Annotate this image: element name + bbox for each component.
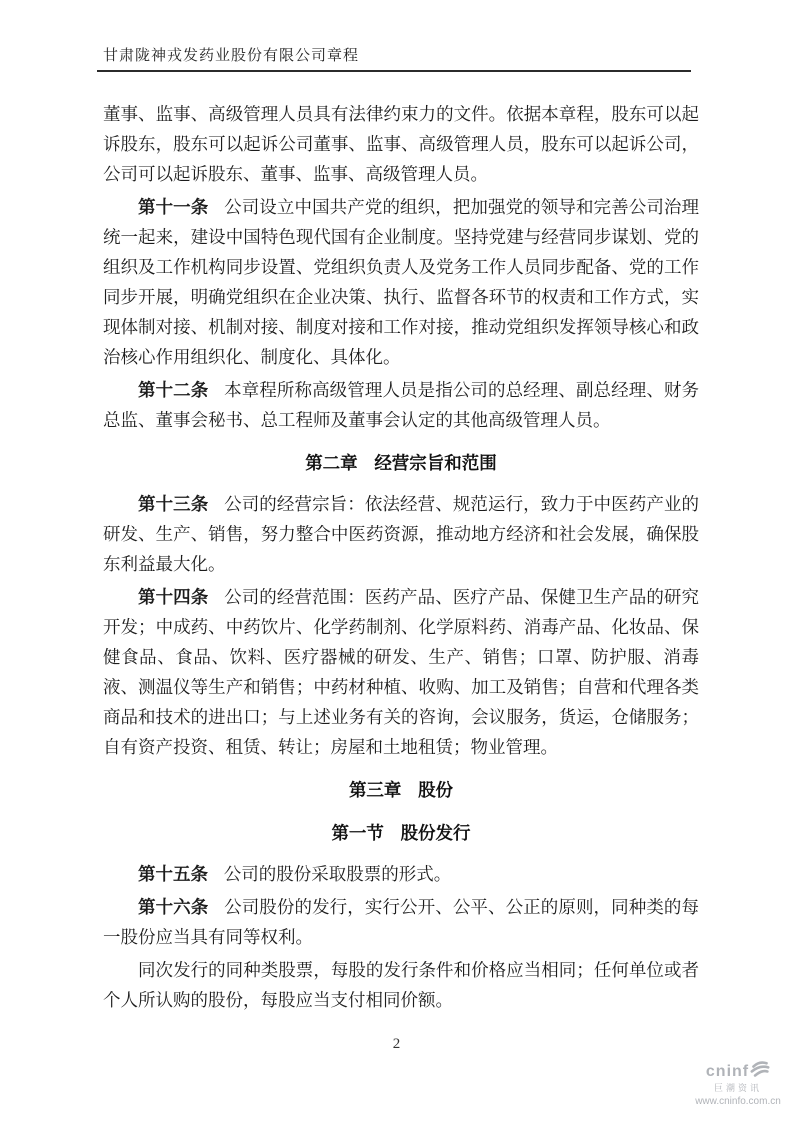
article-paragraph: 第十三条公司的经营宗旨：依法经营、规范运行，致力于中医药产业的研发、生产、销售，… — [103, 489, 699, 579]
heading-number: 第三章 — [349, 780, 402, 800]
header-rule — [97, 70, 691, 72]
page-number: 2 — [0, 1036, 793, 1053]
chapter-heading: 第三章股份 — [103, 775, 699, 805]
heading-title: 股份 — [418, 780, 453, 800]
cninfo-watermark: cninf 巨潮资讯 www.cninfo.com.cn — [689, 1060, 787, 1107]
article-number: 第十一条 — [138, 197, 208, 217]
paragraph-text: 公司的股份采取股票的形式。 — [224, 864, 452, 884]
paragraph-text: 董事、监事、高级管理人员具有法律约束力的文件。依据本章程，股东可以起诉股东，股东… — [103, 104, 699, 184]
cninfo-url: www.cninfo.com.cn — [689, 1096, 787, 1107]
article-number: 第十六条 — [138, 897, 208, 917]
cninfo-logo-icon — [750, 1060, 770, 1083]
section-heading: 第一节股份发行 — [103, 818, 699, 848]
article-number: 第十四条 — [138, 587, 208, 607]
article-paragraph: 第十四条公司的经营范围：医药产品、医疗产品、保健卫生产品的研究开发；中成药、中药… — [103, 582, 699, 762]
paragraph-text: 公司的经营范围：医药产品、医疗产品、保健卫生产品的研究开发；中成药、中药饮片、化… — [103, 587, 699, 757]
article-paragraph: 第十六条公司股份的发行，实行公开、公平、公正的原则，同种类的每一股份应当具有同等… — [103, 892, 699, 952]
paragraph: 同次发行的同种类股票，每股的发行条件和价格应当相同；任何单位或者个人所认购的股份… — [103, 955, 699, 1015]
article-paragraph: 第十一条公司设立中国共产党的组织，把加强党的领导和完善公司治理统一起来，建设中国… — [103, 192, 699, 372]
article-number: 第十三条 — [138, 494, 208, 514]
paragraph-text: 同次发行的同种类股票，每股的发行条件和价格应当相同；任何单位或者个人所认购的股份… — [103, 960, 699, 1010]
article-number: 第十五条 — [138, 864, 208, 884]
article-paragraph: 第十五条公司的股份采取股票的形式。 — [103, 859, 699, 889]
heading-number: 第一节 — [331, 823, 384, 843]
document-body: 董事、监事、高级管理人员具有法律约束力的文件。依据本章程，股东可以起诉股东，股东… — [103, 99, 699, 1015]
heading-number: 第二章 — [305, 453, 358, 473]
cninfo-brand-name: 巨潮资讯 — [689, 1084, 787, 1094]
cninfo-logo-text: cninf — [706, 1063, 749, 1081]
document-page: 甘肃陇神戎发药业股份有限公司章程 董事、监事、高级管理人员具有法律约束力的文件。… — [0, 0, 793, 1122]
heading-title: 经营宗旨和范围 — [374, 453, 497, 473]
paragraph: 董事、监事、高级管理人员具有法律约束力的文件。依据本章程，股东可以起诉股东，股东… — [103, 99, 699, 189]
heading-title: 股份发行 — [401, 823, 471, 843]
article-paragraph: 第十二条本章程所称高级管理人员是指公司的总经理、副总经理、财务总监、董事会秘书、… — [103, 375, 699, 435]
article-number: 第十二条 — [138, 380, 208, 400]
chapter-heading: 第二章经营宗旨和范围 — [103, 448, 699, 478]
header-title: 甘肃陇神戎发药业股份有限公司章程 — [103, 44, 359, 65]
paragraph-text: 公司设立中国共产党的组织，把加强党的领导和完善公司治理统一起来，建设中国特色现代… — [103, 197, 699, 367]
